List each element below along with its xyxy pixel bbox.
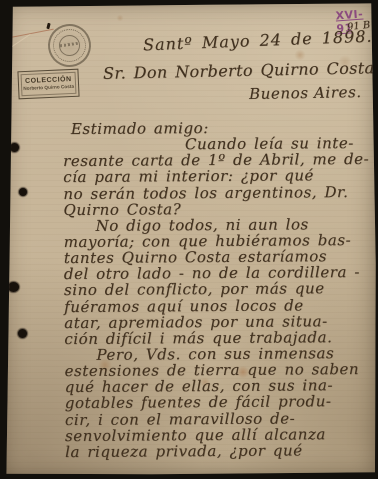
body-line: la riqueza privada, ¿por qué xyxy=(59,441,373,459)
body-line: senvolvimiento que allí alcanza xyxy=(59,425,373,443)
date-line: Santº Mayo 24 de 1898. xyxy=(143,27,373,55)
ink-dot xyxy=(8,282,19,292)
scanned-letter-photo: COLECCIÓN Norberto Quirno Costa XVI-91 9… xyxy=(0,0,378,479)
body-line: atar, apremiados por una situa- xyxy=(58,312,372,330)
collection-stamp: COLECCIÓN Norberto Quirno Costa xyxy=(17,69,79,100)
letter-page: COLECCIÓN Norberto Quirno Costa XVI-91 9… xyxy=(0,0,378,479)
body-line: sino del conflicto, por más que xyxy=(58,279,372,297)
body-line: resante carta de 1º de Abril, me de- xyxy=(57,150,371,168)
body-line: gotables fuentes de fácil produ- xyxy=(59,392,373,410)
ink-dot xyxy=(10,143,19,152)
body-line: no serán todos los argentinos, Dr. xyxy=(57,182,371,200)
letter-body: Estimado amigo: Cuando leía su inte- res… xyxy=(57,118,373,459)
recipient-city: Buenos Aires. xyxy=(249,83,362,103)
ink-dot xyxy=(18,329,27,338)
recipient-line: Sr. Don Norberto Quirno Costa. xyxy=(103,58,378,83)
ink-dot xyxy=(19,188,27,196)
paper-crease xyxy=(8,29,53,39)
